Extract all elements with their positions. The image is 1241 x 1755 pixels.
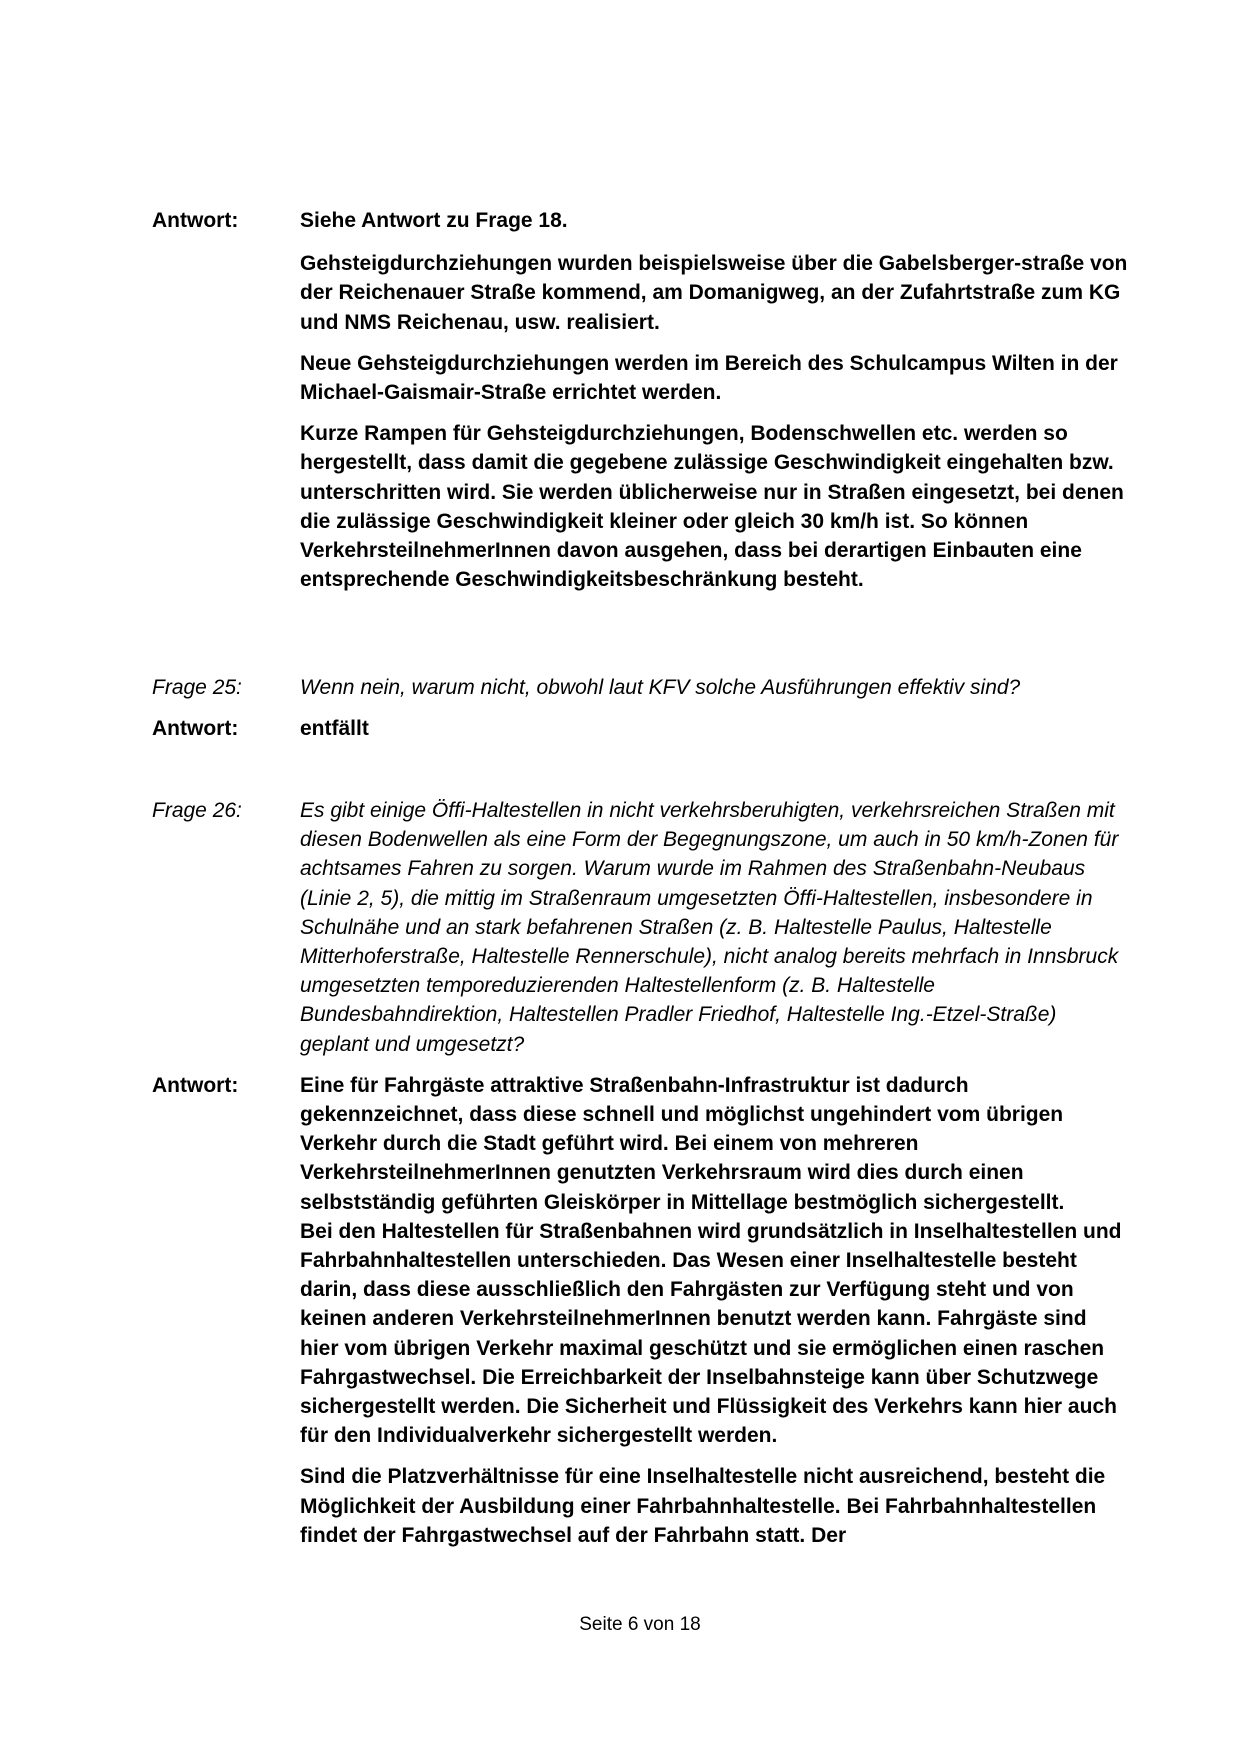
answer-text: Siehe Antwort zu Frage 18. Gehsteigdurch… [300, 206, 1130, 594]
question-block-26: Frage 26: Es gibt einige Öffi-Haltestell… [152, 796, 1132, 1550]
document-page: Antwort: Siehe Antwort zu Frage 18. Gehs… [0, 0, 1241, 1755]
answer-paragraph: Sind die Platzverhältnisse für eine Inse… [300, 1462, 1130, 1550]
answer-label: Antwort: [152, 1071, 300, 1550]
question-label: Frage 26: [152, 796, 300, 1059]
question-text: Wenn nein, warum nicht, obwohl laut KFV … [300, 673, 1130, 702]
question-block-25: Frage 25: Wenn nein, warum nicht, obwohl… [152, 673, 1132, 743]
question-label: Frage 25: [152, 673, 300, 702]
question-text: Es gibt einige Öffi-Haltestellen in nich… [300, 796, 1130, 1059]
answer-paragraph: Neue Gehsteigdurchziehungen werden im Be… [300, 349, 1130, 407]
answer-block-24: Antwort: Siehe Antwort zu Frage 18. Gehs… [152, 206, 1132, 594]
answer-paragraph: Gehsteigdurchziehungen wurden beispielsw… [300, 249, 1130, 337]
answer-paragraph: Eine für Fahrgäste attraktive Straßenbah… [300, 1071, 1130, 1217]
answer-label: Antwort: [152, 206, 300, 594]
answer-text: entfällt [300, 714, 1130, 743]
page-number: Seite 6 von 18 [0, 1614, 1241, 1636]
answer-label: Antwort: [152, 714, 300, 743]
answer-paragraph: Kurze Rampen für Gehsteigdurchziehungen,… [300, 419, 1130, 594]
answer-paragraph: Siehe Antwort zu Frage 18. [300, 206, 1130, 235]
answer-paragraph: Bei den Haltestellen für Straßenbahnen w… [300, 1217, 1130, 1451]
answer-text: Eine für Fahrgäste attraktive Straßenbah… [300, 1071, 1130, 1550]
